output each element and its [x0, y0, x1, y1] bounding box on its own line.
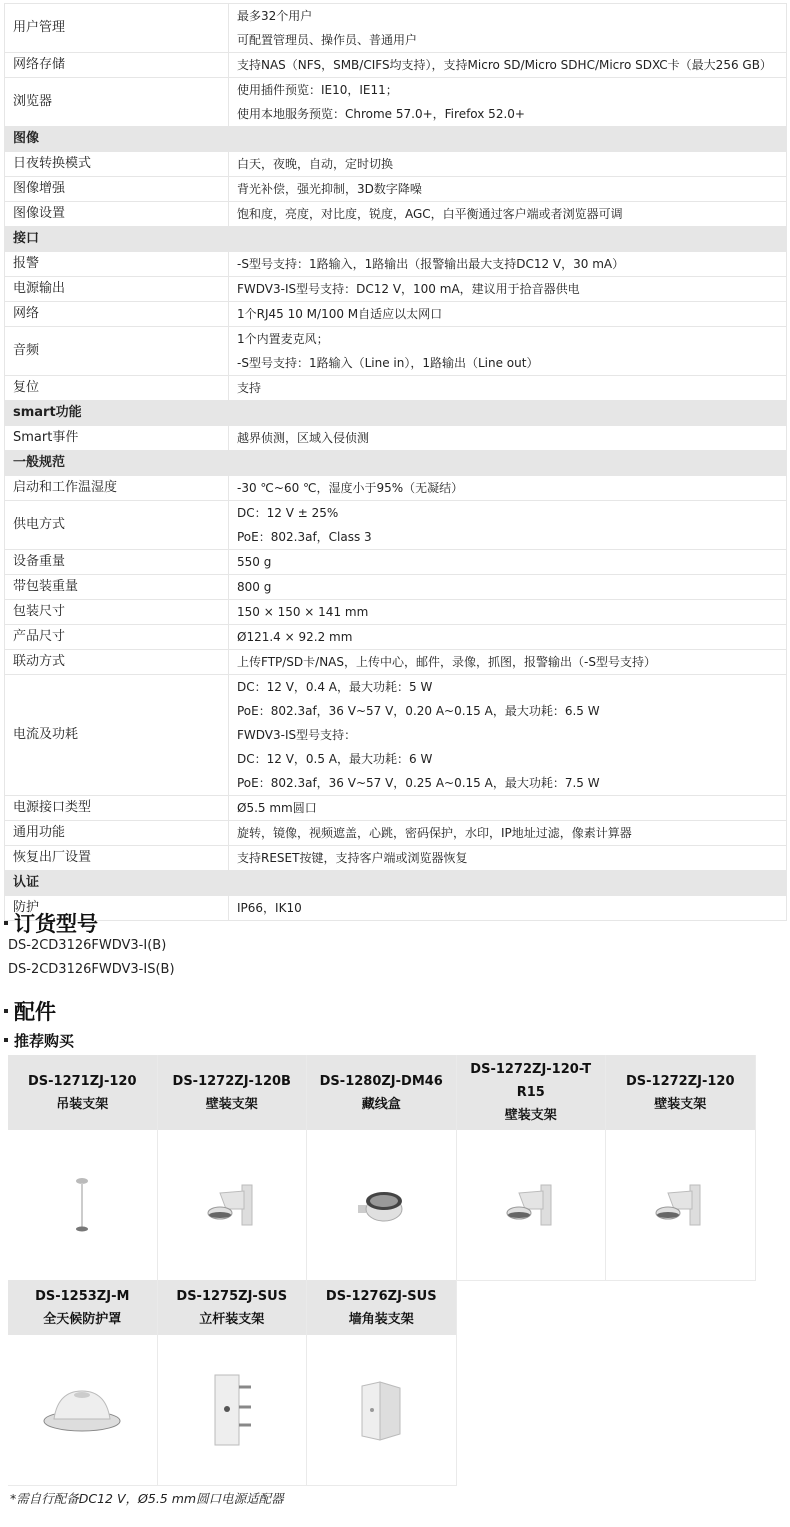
order-section-title: 订货型号 — [4, 908, 98, 938]
spec-value-line: DC：12 V，0.5 A，最大功耗：6 W — [237, 747, 778, 771]
accessory-card: DS-1275ZJ-SUS立杆装支架 — [158, 1280, 308, 1486]
recommended-subtitle: 推荐购买 — [4, 1030, 74, 1051]
accessory-card: DS-1280ZJ-DM46藏线盒 — [307, 1055, 457, 1281]
spec-value-line: 150 × 150 × 141 mm — [237, 600, 778, 624]
accessory-header: DS-1276ZJ-SUS墙角装支架 — [307, 1280, 456, 1335]
spec-value: IP66，IK10 — [229, 896, 787, 921]
junction-box-icon — [307, 1130, 456, 1280]
section-header: 接口 — [5, 227, 787, 252]
accessory-name: 墙角装支架 — [307, 1308, 456, 1331]
spec-key: Smart事件 — [5, 426, 229, 451]
spec-key: 浏览器 — [5, 78, 229, 127]
spec-value-line: DC：12 V ± 25% — [237, 501, 778, 525]
spec-row: 网络存储支持NAS（NFS，SMB/CIFS均支持），支持Micro SD/Mi… — [5, 53, 787, 78]
spec-row: 恢复出厂设置支持RESET按键，支持客户端或浏览器恢复 — [5, 846, 787, 871]
spec-row: 报警-S型号支持：1路输入，1路输出（报警输出最大支持DC12 V，30 mA） — [5, 252, 787, 277]
section-header-row: 图像 — [5, 127, 787, 152]
spec-row: 供电方式DC：12 V ± 25%PoE：802.3af，Class 3 — [5, 501, 787, 550]
spec-row: 包装尺寸150 × 150 × 141 mm — [5, 600, 787, 625]
pole-mount-icon — [158, 1335, 307, 1485]
spec-row: 日夜转换模式白天，夜晚，自动，定时切换 — [5, 152, 787, 177]
spec-table: 用户管理最多32个用户可配置管理员、操作员、普通用户网络存储支持NAS（NFS，… — [4, 3, 787, 921]
spec-row: 防护IP66，IK10 — [5, 896, 787, 921]
accessory-header: DS-1272ZJ-120壁装支架 — [606, 1055, 755, 1130]
spec-value: 上传FTP/SD卡/NAS，上传中心，邮件，录像，抓图，报警输出（-S型号支持） — [229, 650, 787, 675]
accessory-name: 壁装支架 — [457, 1104, 606, 1127]
spec-row: 复位支持 — [5, 376, 787, 401]
accessory-name: 立杆装支架 — [158, 1308, 307, 1331]
spec-key: 用户管理 — [5, 4, 229, 53]
spec-value-line: 使用插件预览：IE10，IE11； — [237, 78, 778, 102]
bullet-icon — [4, 921, 8, 925]
spec-value-line: PoE：802.3af，36 V~57 V，0.25 A~0.15 A，最大功耗… — [237, 771, 778, 795]
spec-value: 白天，夜晚，自动，定时切换 — [229, 152, 787, 177]
spec-key: 电流及功耗 — [5, 675, 229, 796]
accessory-model: DS-1275ZJ-SUS — [158, 1285, 307, 1308]
spec-key: 音频 — [5, 327, 229, 376]
accessory-grid-row-1: DS-1271ZJ-120吊装支架DS-1272ZJ-120B壁装支架DS-12… — [8, 1055, 756, 1281]
spec-value-line: 支持 — [237, 376, 778, 400]
accessory-card: DS-1272ZJ-120壁装支架 — [606, 1055, 756, 1281]
accessory-header: DS-1275ZJ-SUS立杆装支架 — [158, 1280, 307, 1335]
spec-row: 音频1个内置麦克风；-S型号支持：1路输入（Line in），1路输出（Line… — [5, 327, 787, 376]
accessory-model: DS-1253ZJ-M — [8, 1285, 157, 1308]
spec-key: 包装尺寸 — [5, 600, 229, 625]
spec-key: 产品尺寸 — [5, 625, 229, 650]
spec-row: 联动方式上传FTP/SD卡/NAS，上传中心，邮件，录像，抓图，报警输出（-S型… — [5, 650, 787, 675]
bullet-icon — [4, 1009, 8, 1013]
spec-row: 网络1个RJ45 10 M/100 M自适应以太网口 — [5, 302, 787, 327]
spec-key: 日夜转换模式 — [5, 152, 229, 177]
corner-mount-icon — [307, 1335, 456, 1485]
spec-value-line: 可配置管理员、操作员、普通用户 — [237, 28, 778, 52]
spec-value: 越界侦测，区域入侵侦测 — [229, 426, 787, 451]
section-header: 认证 — [5, 871, 787, 896]
spec-key: 恢复出厂设置 — [5, 846, 229, 871]
spec-value: 支持RESET按键，支持客户端或浏览器恢复 — [229, 846, 787, 871]
accessory-grid-row-2: DS-1253ZJ-M全天候防护罩DS-1275ZJ-SUS立杆装支架DS-12… — [8, 1280, 756, 1486]
spec-value-line: 旋转，镜像，视频遮盖，心跳，密码保护，水印，IP地址过滤，像素计算器 — [237, 821, 778, 845]
accessory-model: DS-1276ZJ-SUS — [307, 1285, 456, 1308]
spec-value-line: FWDV3-IS型号支持：DC12 V，100 mA，建议用于拾音器供电 — [237, 277, 778, 301]
spec-row: 电源接口类型Ø5.5 mm圆口 — [5, 796, 787, 821]
wall-mount-icon — [606, 1130, 755, 1280]
spec-value-line: 支持NAS（NFS，SMB/CIFS均支持），支持Micro SD/Micro … — [237, 53, 778, 77]
pendant-mount-icon — [8, 1130, 157, 1280]
power-adapter-footnote: *需自行配备DC12 V，Ø5.5 mm圆口电源适配器 — [10, 1489, 284, 1507]
spec-row: 图像增强背光补偿，强光抑制，3D数字降噪 — [5, 177, 787, 202]
accessory-name: 藏线盒 — [307, 1093, 456, 1116]
spec-key: 网络 — [5, 302, 229, 327]
spec-key: 电源接口类型 — [5, 796, 229, 821]
spec-key: 启动和工作温湿度 — [5, 476, 229, 501]
spec-value-line: 背光补偿，强光抑制，3D数字降噪 — [237, 177, 778, 201]
order-model: DS-2CD3126FWDV3-IS(B) — [8, 962, 175, 977]
wall-mount-icon — [158, 1130, 307, 1280]
accessory-model: DS-1272ZJ-120 — [606, 1070, 755, 1093]
spec-value-line: PoE：802.3af，Class 3 — [237, 525, 778, 549]
section-header: 一般规范 — [5, 451, 787, 476]
accessory-name: 壁装支架 — [158, 1093, 307, 1116]
accessories-section-title: 配件 — [4, 996, 56, 1026]
accessory-model: DS-1280ZJ-DM46 — [307, 1070, 456, 1093]
spec-value: DC：12 V，0.4 A，最大功耗：5 WPoE：802.3af，36 V~5… — [229, 675, 787, 796]
accessory-header: DS-1271ZJ-120吊装支架 — [8, 1055, 157, 1130]
spec-row: 启动和工作温湿度-30 ℃~60 ℃，湿度小于95%（无凝结） — [5, 476, 787, 501]
spec-value-line: Ø121.4 × 92.2 mm — [237, 625, 778, 649]
spec-value: 旋转，镜像，视频遮盖，心跳，密码保护，水印，IP地址过滤，像素计算器 — [229, 821, 787, 846]
spec-key: 网络存储 — [5, 53, 229, 78]
spec-key: 设备重量 — [5, 550, 229, 575]
spec-key: 通用功能 — [5, 821, 229, 846]
spec-value: 背光补偿，强光抑制，3D数字降噪 — [229, 177, 787, 202]
spec-value: FWDV3-IS型号支持：DC12 V，100 mA，建议用于拾音器供电 — [229, 277, 787, 302]
spec-value-line: 上传FTP/SD卡/NAS，上传中心，邮件，录像，抓图，报警输出（-S型号支持） — [237, 650, 778, 674]
spec-key: 报警 — [5, 252, 229, 277]
accessory-header: DS-1272ZJ-120-TR15壁装支架 — [457, 1055, 606, 1130]
spec-key: 复位 — [5, 376, 229, 401]
section-header-row: 认证 — [5, 871, 787, 896]
accessory-model: DS-1272ZJ-120-TR15 — [467, 1058, 595, 1104]
spec-value-line: -S型号支持：1路输入，1路输出（报警输出最大支持DC12 V，30 mA） — [237, 252, 778, 276]
spec-row: 电源输出FWDV3-IS型号支持：DC12 V，100 mA，建议用于拾音器供电 — [5, 277, 787, 302]
spec-row: Smart事件越界侦测，区域入侵侦测 — [5, 426, 787, 451]
spec-value-line: IP66，IK10 — [237, 896, 778, 920]
spec-value: 150 × 150 × 141 mm — [229, 600, 787, 625]
spec-row: 用户管理最多32个用户可配置管理员、操作员、普通用户 — [5, 4, 787, 53]
spec-key: 电源输出 — [5, 277, 229, 302]
section-header-row: 一般规范 — [5, 451, 787, 476]
spec-value-line: FWDV3-IS型号支持： — [237, 723, 778, 747]
spec-key: 供电方式 — [5, 501, 229, 550]
section-header: smart功能 — [5, 401, 787, 426]
spec-value: Ø121.4 × 92.2 mm — [229, 625, 787, 650]
spec-value-line: 550 g — [237, 550, 778, 574]
spec-value: 1个RJ45 10 M/100 M自适应以太网口 — [229, 302, 787, 327]
spec-value-line: 饱和度，亮度，对比度，锐度，AGC，白平衡通过客户端或者浏览器可调 — [237, 202, 778, 226]
spec-value-line: 1个内置麦克风； — [237, 327, 778, 351]
bullet-icon — [4, 1038, 8, 1042]
spec-row: 设备重量550 g — [5, 550, 787, 575]
spec-value: 1个内置麦克风；-S型号支持：1路输入（Line in），1路输出（Line o… — [229, 327, 787, 376]
spec-value-line: -30 ℃~60 ℃，湿度小于95%（无凝结） — [237, 476, 778, 500]
spec-value: 支持NAS（NFS，SMB/CIFS均支持），支持Micro SD/Micro … — [229, 53, 787, 78]
spec-row: 浏览器使用插件预览：IE10，IE11；使用本地服务预览：Chrome 57.0… — [5, 78, 787, 127]
spec-value-line: 越界侦测，区域入侵侦测 — [237, 426, 778, 450]
accessory-name: 吊装支架 — [8, 1093, 157, 1116]
accessory-card: DS-1272ZJ-120B壁装支架 — [158, 1055, 308, 1281]
accessory-name: 壁装支架 — [606, 1093, 755, 1116]
spec-value-line: DC：12 V，0.4 A，最大功耗：5 W — [237, 675, 778, 699]
section-header-row: smart功能 — [5, 401, 787, 426]
spec-row: 电流及功耗DC：12 V，0.4 A，最大功耗：5 WPoE：802.3af，3… — [5, 675, 787, 796]
accessory-header: DS-1253ZJ-M全天候防护罩 — [8, 1280, 157, 1335]
spec-value: 550 g — [229, 550, 787, 575]
accessory-name: 全天候防护罩 — [8, 1308, 157, 1331]
spec-value: DC：12 V ± 25%PoE：802.3af，Class 3 — [229, 501, 787, 550]
spec-row: 图像设置饱和度，亮度，对比度，锐度，AGC，白平衡通过客户端或者浏览器可调 — [5, 202, 787, 227]
spec-value-line: 最多32个用户 — [237, 4, 778, 28]
order-model: DS-2CD3126FWDV3-I(B) — [8, 938, 166, 953]
accessory-card: DS-1253ZJ-M全天候防护罩 — [8, 1280, 158, 1486]
spec-value-line: 使用本地服务预览：Chrome 57.0+，Firefox 52.0+ — [237, 102, 778, 126]
spec-value: 支持 — [229, 376, 787, 401]
spec-value: Ø5.5 mm圆口 — [229, 796, 787, 821]
spec-value: 饱和度，亮度，对比度，锐度，AGC，白平衡通过客户端或者浏览器可调 — [229, 202, 787, 227]
accessory-model: DS-1271ZJ-120 — [8, 1070, 157, 1093]
rain-shade-icon — [8, 1335, 157, 1485]
spec-value: 使用插件预览：IE10，IE11；使用本地服务预览：Chrome 57.0+，F… — [229, 78, 787, 127]
spec-value-line: 800 g — [237, 575, 778, 599]
section-header: 图像 — [5, 127, 787, 152]
spec-value: -30 ℃~60 ℃，湿度小于95%（无凝结） — [229, 476, 787, 501]
accessory-header: DS-1272ZJ-120B壁装支架 — [158, 1055, 307, 1130]
wall-mount-icon — [457, 1130, 606, 1280]
spec-row: 产品尺寸Ø121.4 × 92.2 mm — [5, 625, 787, 650]
spec-value: 800 g — [229, 575, 787, 600]
spec-value-line: 支持RESET按键，支持客户端或浏览器恢复 — [237, 846, 778, 870]
accessory-card: DS-1271ZJ-120吊装支架 — [8, 1055, 158, 1281]
spec-value-line: 1个RJ45 10 M/100 M自适应以太网口 — [237, 302, 778, 326]
spec-key: 图像增强 — [5, 177, 229, 202]
accessory-card: DS-1272ZJ-120-TR15壁装支架 — [457, 1055, 607, 1281]
spec-value-line: PoE：802.3af，36 V~57 V，0.20 A~0.15 A，最大功耗… — [237, 699, 778, 723]
accessory-model: DS-1272ZJ-120B — [158, 1070, 307, 1093]
accessory-card: DS-1276ZJ-SUS墙角装支架 — [307, 1280, 457, 1486]
accessory-header: DS-1280ZJ-DM46藏线盒 — [307, 1055, 456, 1130]
spec-value-line: 白天，夜晚，自动，定时切换 — [237, 152, 778, 176]
spec-value-line: -S型号支持：1路输入（Line in），1路输出（Line out） — [237, 351, 778, 375]
section-header-row: 接口 — [5, 227, 787, 252]
spec-key: 带包装重量 — [5, 575, 229, 600]
spec-row: 通用功能旋转，镜像，视频遮盖，心跳，密码保护，水印，IP地址过滤，像素计算器 — [5, 821, 787, 846]
spec-value: -S型号支持：1路输入，1路输出（报警输出最大支持DC12 V，30 mA） — [229, 252, 787, 277]
spec-value-line: Ø5.5 mm圆口 — [237, 796, 778, 820]
spec-value: 最多32个用户可配置管理员、操作员、普通用户 — [229, 4, 787, 53]
spec-key: 图像设置 — [5, 202, 229, 227]
spec-row: 带包装重量800 g — [5, 575, 787, 600]
spec-key: 联动方式 — [5, 650, 229, 675]
